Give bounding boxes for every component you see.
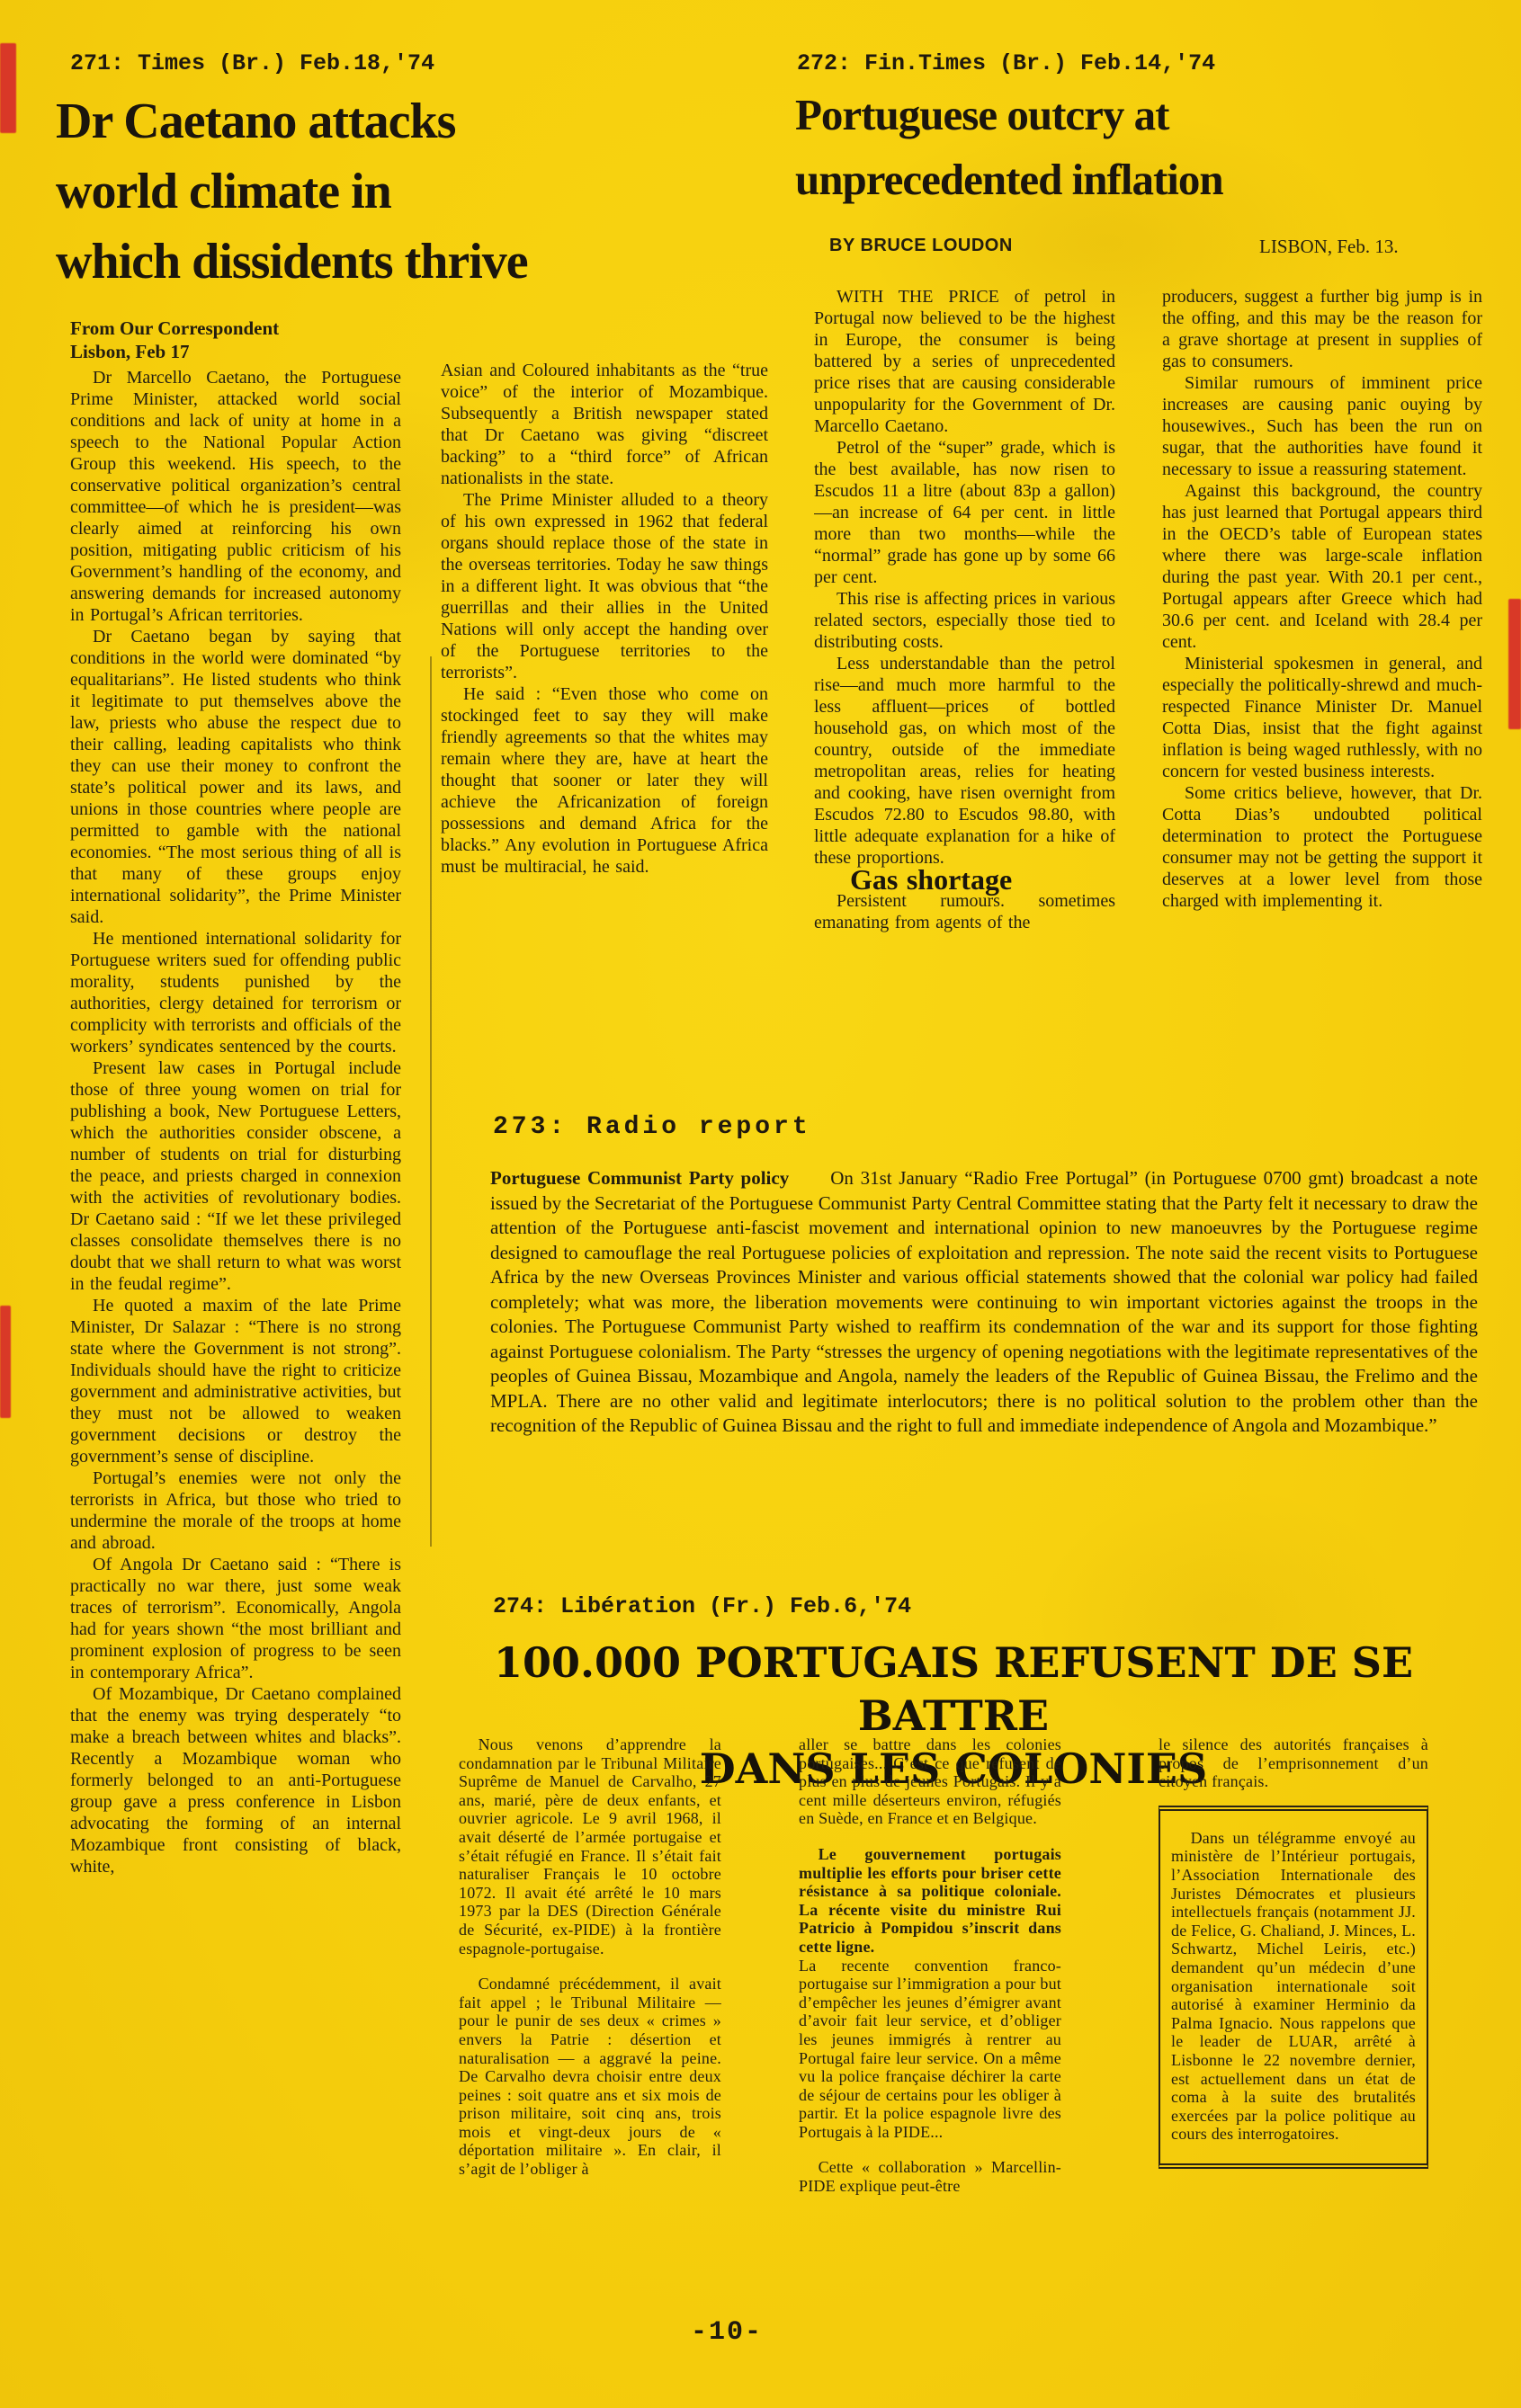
- headline-line: world climate in: [56, 156, 775, 227]
- paragraph: He quoted a maxim of the late Prime Mini…: [70, 1295, 401, 1467]
- paragraph: Portugal’s enemies were not only the ter…: [70, 1467, 401, 1554]
- dateline-text: Lisbon, Feb 17: [70, 340, 279, 363]
- headline-line: which dissidents thrive: [56, 227, 775, 297]
- article-272-source-line: 272: Fin.Times (Br.) Feb.14,'74: [797, 50, 1215, 76]
- article-273-source-line: 273: Radio report: [493, 1113, 811, 1141]
- paragraph: He mentioned international solidarity fo…: [70, 928, 401, 1057]
- paragraph: Ministerial spokesmen in general, and es…: [1162, 653, 1482, 782]
- red-scan-mark: [0, 43, 16, 133]
- paragraph: Some critics believe, however, that Dr. …: [1162, 782, 1482, 912]
- paragraph: Petrol of the “super” grade, which is th…: [814, 437, 1115, 588]
- article-271-source-line: 271: Times (Br.) Feb.18,'74: [70, 50, 434, 76]
- paragraph: This rise is affecting prices in various…: [814, 588, 1115, 653]
- paragraph: Of Mozambique, Dr Caetano complained tha…: [70, 1683, 401, 1877]
- article-274-column-1: Nous venons d’apprendre la condamnation …: [459, 1735, 721, 2365]
- paragraph: Cette « collaboration » Marcellin-PIDE e…: [799, 2158, 1061, 2195]
- boxed-telegram-note: Dans un télégramme envoyé au ministère d…: [1159, 1806, 1428, 2169]
- article-273-body: Portuguese Communist Party policyOn 31st…: [490, 1166, 1478, 1439]
- headline-line: Portuguese outcry at: [795, 83, 1461, 147]
- paragraph-group: The Prime Minister alluded to a theory o…: [441, 489, 768, 878]
- column-rule: [430, 656, 432, 1547]
- paragraph-group: Similar rumours of imminent price increa…: [1162, 372, 1482, 912]
- article-274-source-line: 274: Libération (Fr.) Feb.6,'74: [493, 1593, 911, 1619]
- article-274-column-2: aller se battre dans les colonies portug…: [799, 1735, 1061, 2365]
- red-scan-mark: [1508, 599, 1521, 729]
- headline-line: unprecedented inflation: [795, 147, 1461, 212]
- paragraph: He said : “Even those who come on stocki…: [441, 683, 768, 878]
- paragraph: Dr Marcello Caetano, the Portuguese Prim…: [70, 367, 401, 626]
- byline-text: From Our Correspondent: [70, 317, 279, 340]
- article-272-column-1: WITH THE PRICE of petrol in Portugal now…: [814, 286, 1115, 1100]
- subhead-gas-shortage: Gas shortage: [814, 869, 1115, 890]
- report-text: On 31st January “Radio Free Portugal” (i…: [490, 1167, 1478, 1436]
- headline-line: 100.000 PORTUGAIS REFUSENT DE SE BATTRE: [468, 1637, 1439, 1743]
- paragraph: le silence des autorités françaises à pr…: [1159, 1735, 1428, 1791]
- paragraph-group: WITH THE PRICE of petrol in Portugal now…: [814, 286, 1115, 869]
- paragraph: WITH THE PRICE of petrol in Portugal now…: [814, 286, 1115, 437]
- paragraph: producers, suggest a further big jump is…: [1162, 286, 1482, 372]
- paragraph: Present law cases in Portugal include th…: [70, 1057, 401, 1295]
- article-271-column-1: Dr Marcello Caetano, the Portuguese Prim…: [70, 367, 401, 2374]
- paragraph: Dr Caetano began by saying that conditio…: [70, 626, 401, 928]
- paragraph: Asian and Coloured inhabitants as the “t…: [441, 360, 768, 489]
- paragraph: The Prime Minister alluded to a theory o…: [441, 489, 768, 683]
- paragraph: Condamné précédemment, il avait fait app…: [459, 1975, 721, 2179]
- article-271-column-2: Asian and Coloured inhabitants as the “t…: [441, 360, 768, 1043]
- paragraph: Of Angola Dr Caetano said : “There is pr…: [70, 1554, 401, 1683]
- article-272-byline: BY BRUCE LOUDON: [829, 236, 1013, 256]
- article-272-dateline: LISBON, Feb. 13.: [1259, 236, 1399, 258]
- paragraph: aller se battre dans les colonies portug…: [799, 1735, 1061, 1828]
- paragraph: La recente convention franco-portugaise …: [799, 1957, 1061, 2142]
- press-clippings-page: 271: Times (Br.) Feb.18,'74 Dr Caetano a…: [0, 0, 1521, 2408]
- page-number: -10-: [691, 2317, 763, 2348]
- article-272-headline: Portuguese outcry at unprecedented infla…: [795, 83, 1461, 212]
- paragraph: Nous venons d’apprendre la condamnation …: [459, 1735, 721, 1958]
- article-274-column-3: le silence des autorités françaises à pr…: [1159, 1735, 1428, 2365]
- paragraph-bold: Le gouvernement portugais multiplie les …: [799, 1845, 1061, 1957]
- article-271-headline: Dr Caetano attacks world climate in whic…: [56, 86, 775, 297]
- red-scan-mark: [0, 1306, 11, 1418]
- box-text: Dans un télégramme envoyé au ministère d…: [1171, 1829, 1416, 2144]
- paragraph: Less understandable than the petrol rise…: [814, 653, 1115, 869]
- article-271-byline: From Our Correspondent Lisbon, Feb 17: [70, 317, 279, 363]
- report-lead: Portuguese Communist Party policy: [490, 1167, 789, 1189]
- paragraph: Against this background, the country has…: [1162, 480, 1482, 653]
- paragraph: Similar rumours of imminent price increa…: [1162, 372, 1482, 480]
- headline-line: Dr Caetano attacks: [56, 86, 775, 156]
- paragraph: Persistent rumours. sometimes emanating …: [814, 890, 1115, 933]
- article-272-column-2: producers, suggest a further big jump is…: [1162, 286, 1482, 1100]
